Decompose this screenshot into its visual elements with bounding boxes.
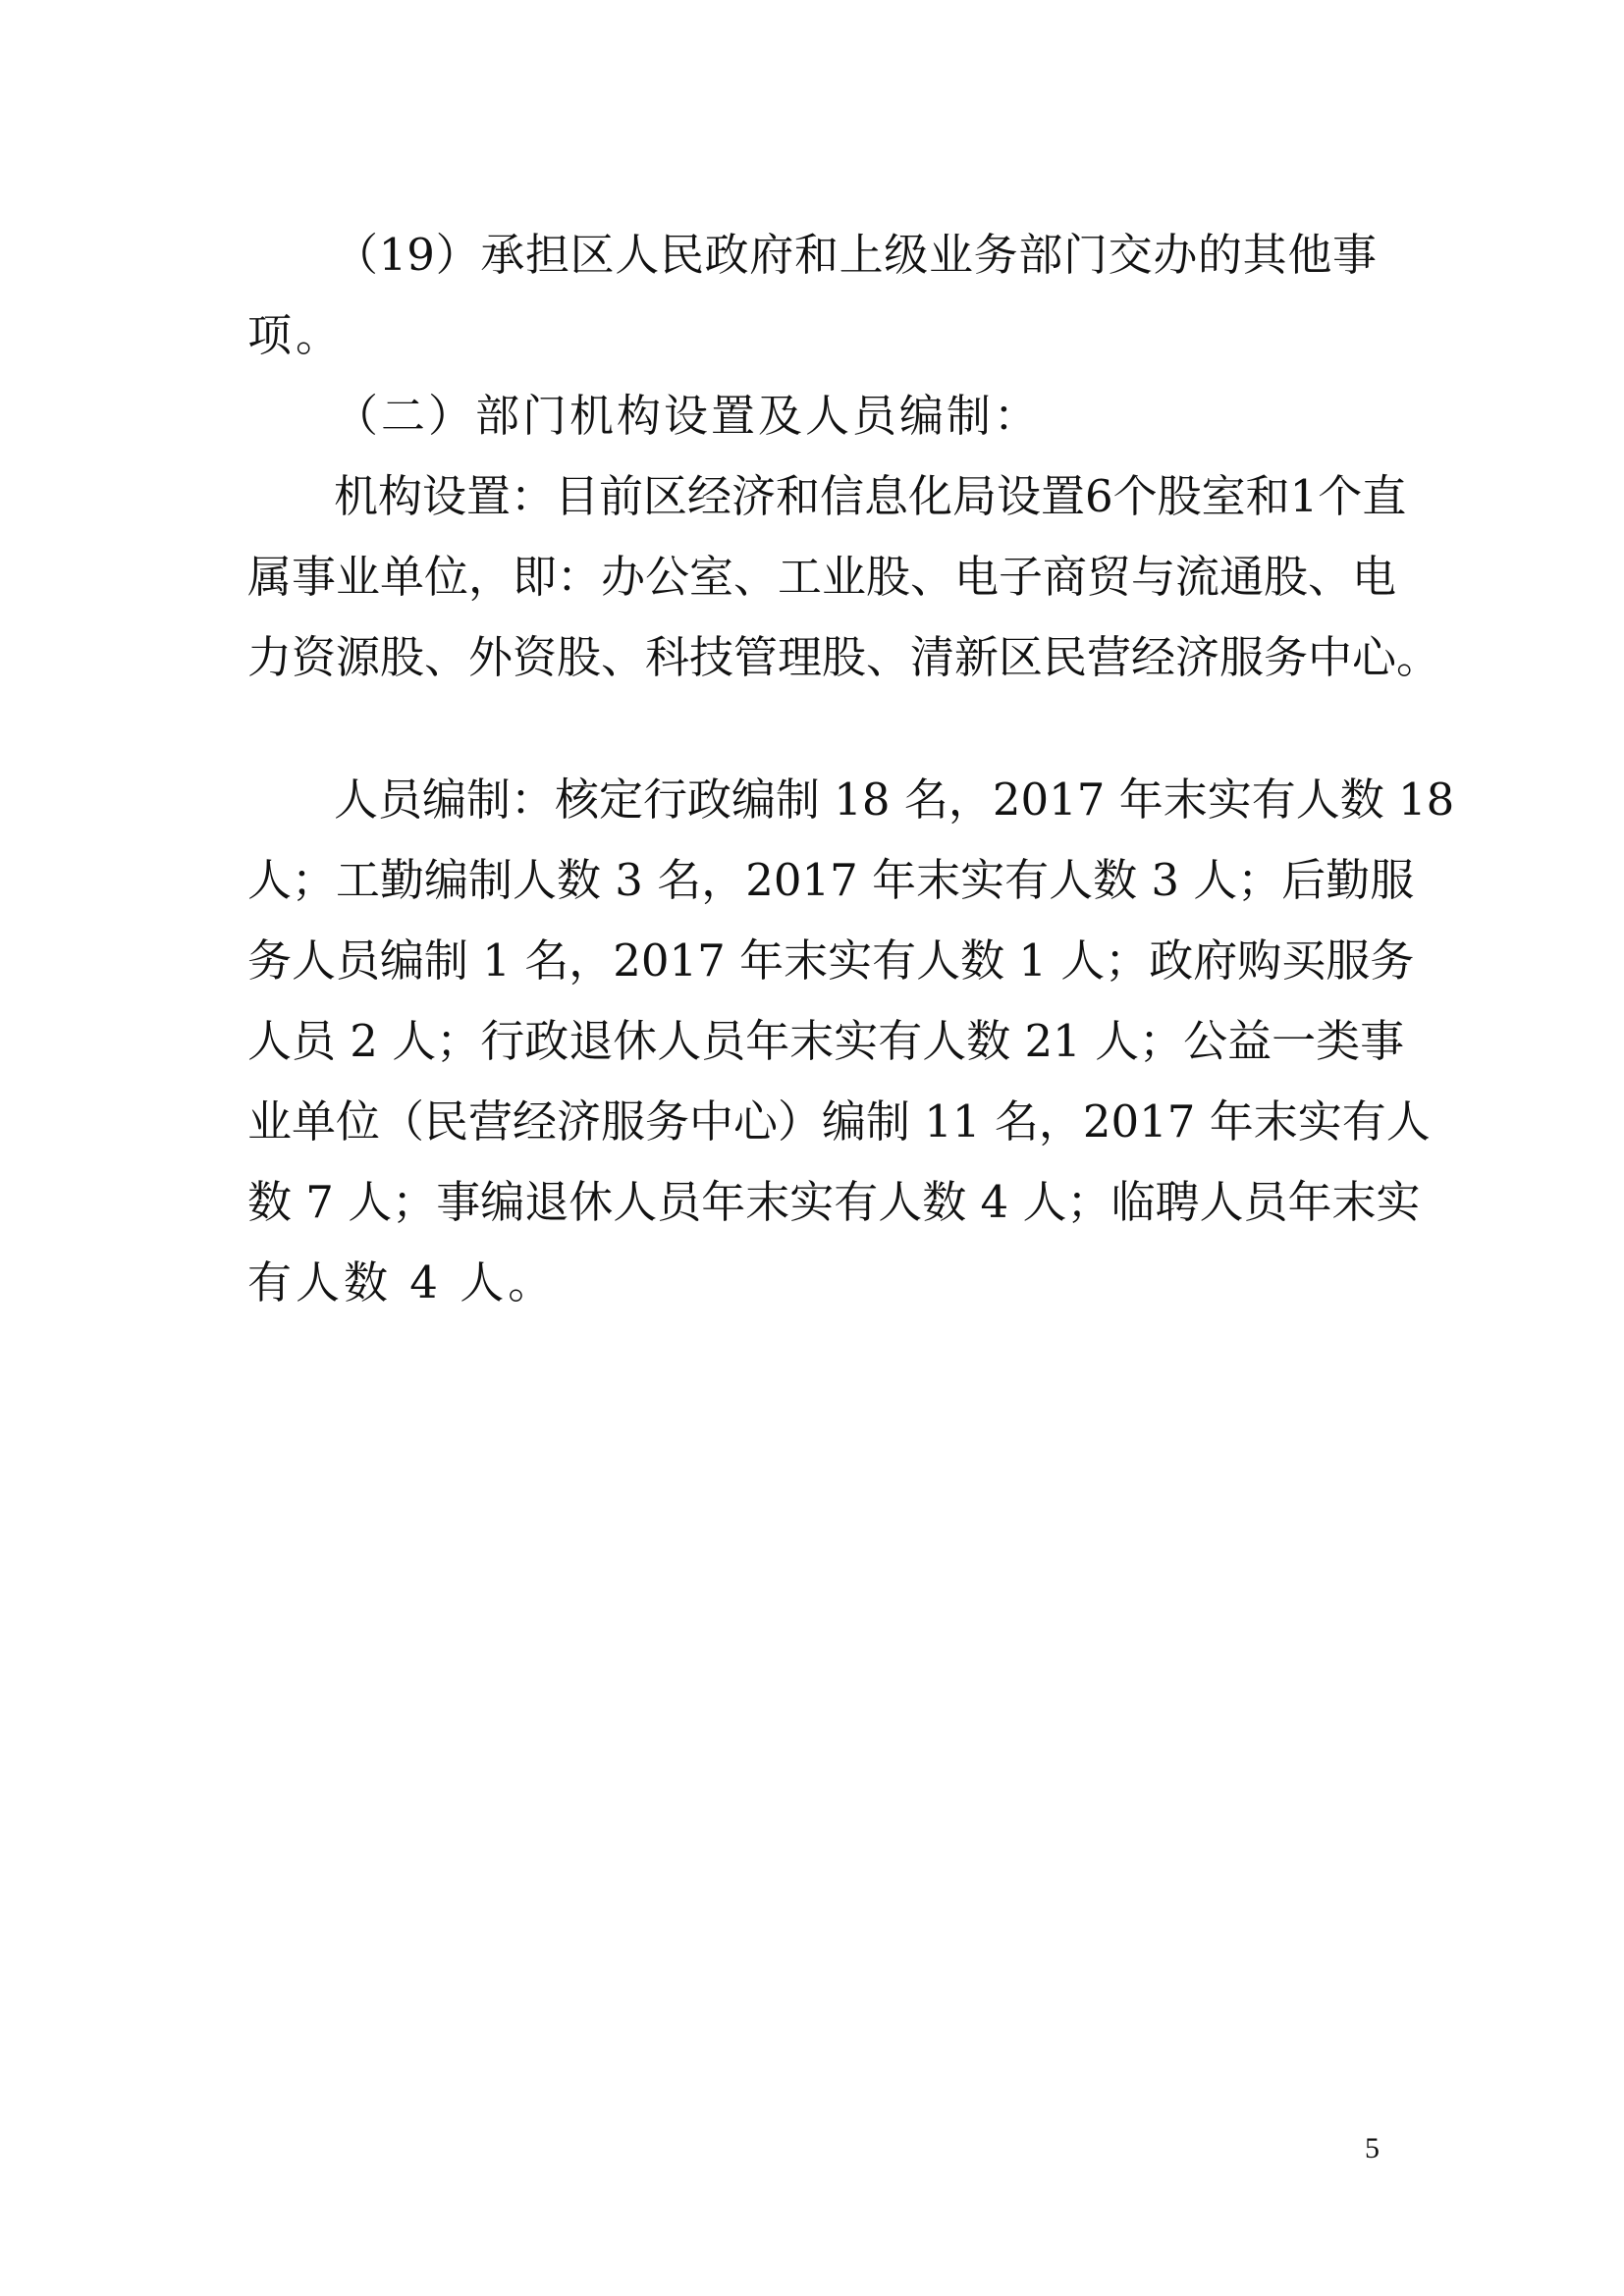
paragraph-item-19-line-2: 项。 <box>247 306 1377 365</box>
paragraph-org-setup-line-3: 力资源股、外资股、科技管理股、清新区民营经济服务中心。 <box>247 628 1377 687</box>
paragraph-org-setup-line-1: 机构设置：目前区经济和信息化局设置6个股室和1个直 <box>334 467 1377 526</box>
paragraph-item-19-line-1: （19）承担区人民政府和上级业务部门交办的其他事 <box>334 226 1377 285</box>
paragraph-staffing-line-3: 务人员编制 1 名，2017 年末实有人数 1 人；政府购买服务 <box>247 932 1377 990</box>
page-number: 5 <box>1365 2132 1380 2165</box>
paragraph-staffing-line-1: 人员编制：核定行政编制 18 名，2017 年末实有人数 18 <box>334 771 1377 829</box>
paragraph-staffing-line-6: 数 7 人；事编退休人员年末实有人数 4 人；临聘人员年末实 <box>247 1173 1377 1232</box>
paragraph-staffing-line-5: 业单位（民营经济服务中心）编制 11 名，2017 年末实有人 <box>247 1093 1377 1151</box>
section-heading: （二）部门机构设置及人员编制： <box>334 387 1377 446</box>
document-page: （19）承担区人民政府和上级业务部门交办的其他事 项。 （二）部门机构设置及人员… <box>0 0 1624 2296</box>
paragraph-staffing-line-2: 人；工勤编制人数 3 名，2017 年末实有人数 3 人；后勤服 <box>247 851 1377 910</box>
paragraph-staffing-line-4: 人员 2 人；行政退休人员年末实有人数 21 人；公益一类事 <box>247 1012 1377 1071</box>
paragraph-staffing-line-7: 有人数 4 人。 <box>247 1254 1377 1312</box>
paragraph-org-setup-line-2: 属事业单位，即：办公室、工业股、电子商贸与流通股、电 <box>247 548 1377 607</box>
